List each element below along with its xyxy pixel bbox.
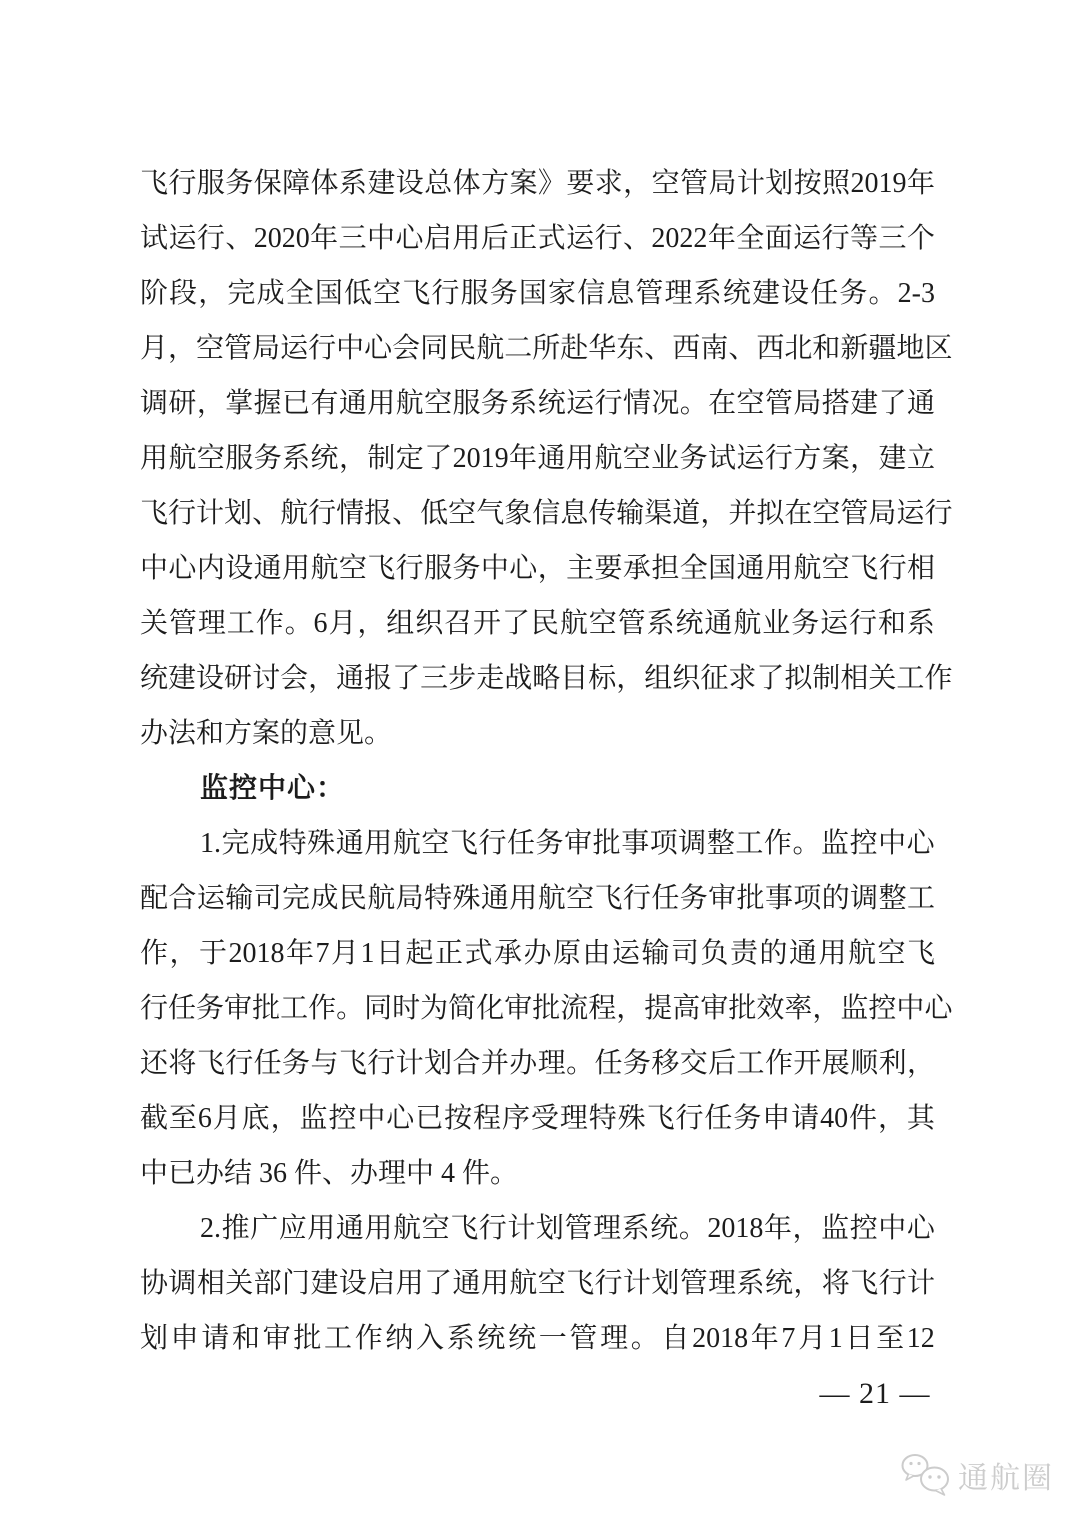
text-line: 关管理工作。6月，组织召开了民航空管系统通航业务运行和系 <box>140 596 935 651</box>
text-line: 飞行服务保障体系建设总体方案》要求，空管局计划按照2019年 <box>140 156 935 211</box>
wechat-bubbles-icon <box>900 1452 952 1498</box>
text-line: 2.推广应用通用航空飞行计划管理系统。2018年，监控中心 <box>140 1201 935 1256</box>
text-line: 阶段，完成全国低空飞行服务国家信息管理系统建设任务。2-3 <box>140 266 935 321</box>
text-line: 用航空服务系统，制定了2019年通用航空业务试运行方案，建立 <box>140 431 935 486</box>
text-line: 中已办结 36 件、办理中 4 件。 <box>140 1146 935 1201</box>
text-line: 还将飞行任务与飞行计划合并办理。任务移交后工作开展顺利， <box>140 1036 935 1091</box>
text-line: 1.完成特殊通用航空飞行任务审批事项调整工作。监控中心 <box>140 816 935 871</box>
text-line: 飞行计划、航行情报、低空气象信息传输渠道，并拟在空管局运行 <box>140 486 935 541</box>
text-line: 调研，掌握已有通用航空服务系统运行情况。在空管局搭建了通 <box>140 376 935 431</box>
text-line: 划申请和审批工作纳入系统统一管理。自2018年7月1日至12 <box>140 1311 935 1366</box>
section-heading-monitoring-center: 监控中心： <box>140 761 935 816</box>
page-number: — 21 — <box>815 1374 935 1414</box>
text-line: 办法和方案的意见。 <box>140 706 935 761</box>
text-line: 月，空管局运行中心会同民航二所赴华东、西南、西北和新疆地区 <box>140 321 935 376</box>
text-line: 试运行、2020年三中心启用后正式运行、2022年全面运行等三个 <box>140 211 935 266</box>
text-line: 作，于2018年7月1日起正式承办原由运输司负责的通用航空飞 <box>140 926 935 981</box>
document-page: 飞行服务保障体系建设总体方案》要求，空管局计划按照2019年 试运行、2020年… <box>0 0 1080 1527</box>
text-line: 协调相关部门建设启用了通用航空飞行计划管理系统，将飞行计 <box>140 1256 935 1311</box>
text-line: 统建设研讨会，通报了三步走战略目标，组织征求了拟制相关工作 <box>140 651 935 706</box>
text-line: 截至6月底，监控中心已按程序受理特殊飞行任务申请40件，其 <box>140 1091 935 1146</box>
text-line: 中心内设通用航空飞行服务中心，主要承担全国通用航空飞行相 <box>140 541 935 596</box>
watermark: 通航圈 <box>900 1452 1054 1498</box>
watermark-label: 通航圈 <box>958 1453 1054 1497</box>
document-text: 飞行服务保障体系建设总体方案》要求，空管局计划按照2019年 试运行、2020年… <box>140 156 935 1366</box>
text-line: 行任务审批工作。同时为简化审批流程，提高审批效率，监控中心 <box>140 981 935 1036</box>
text-line: 配合运输司完成民航局特殊通用航空飞行任务审批事项的调整工 <box>140 871 935 926</box>
